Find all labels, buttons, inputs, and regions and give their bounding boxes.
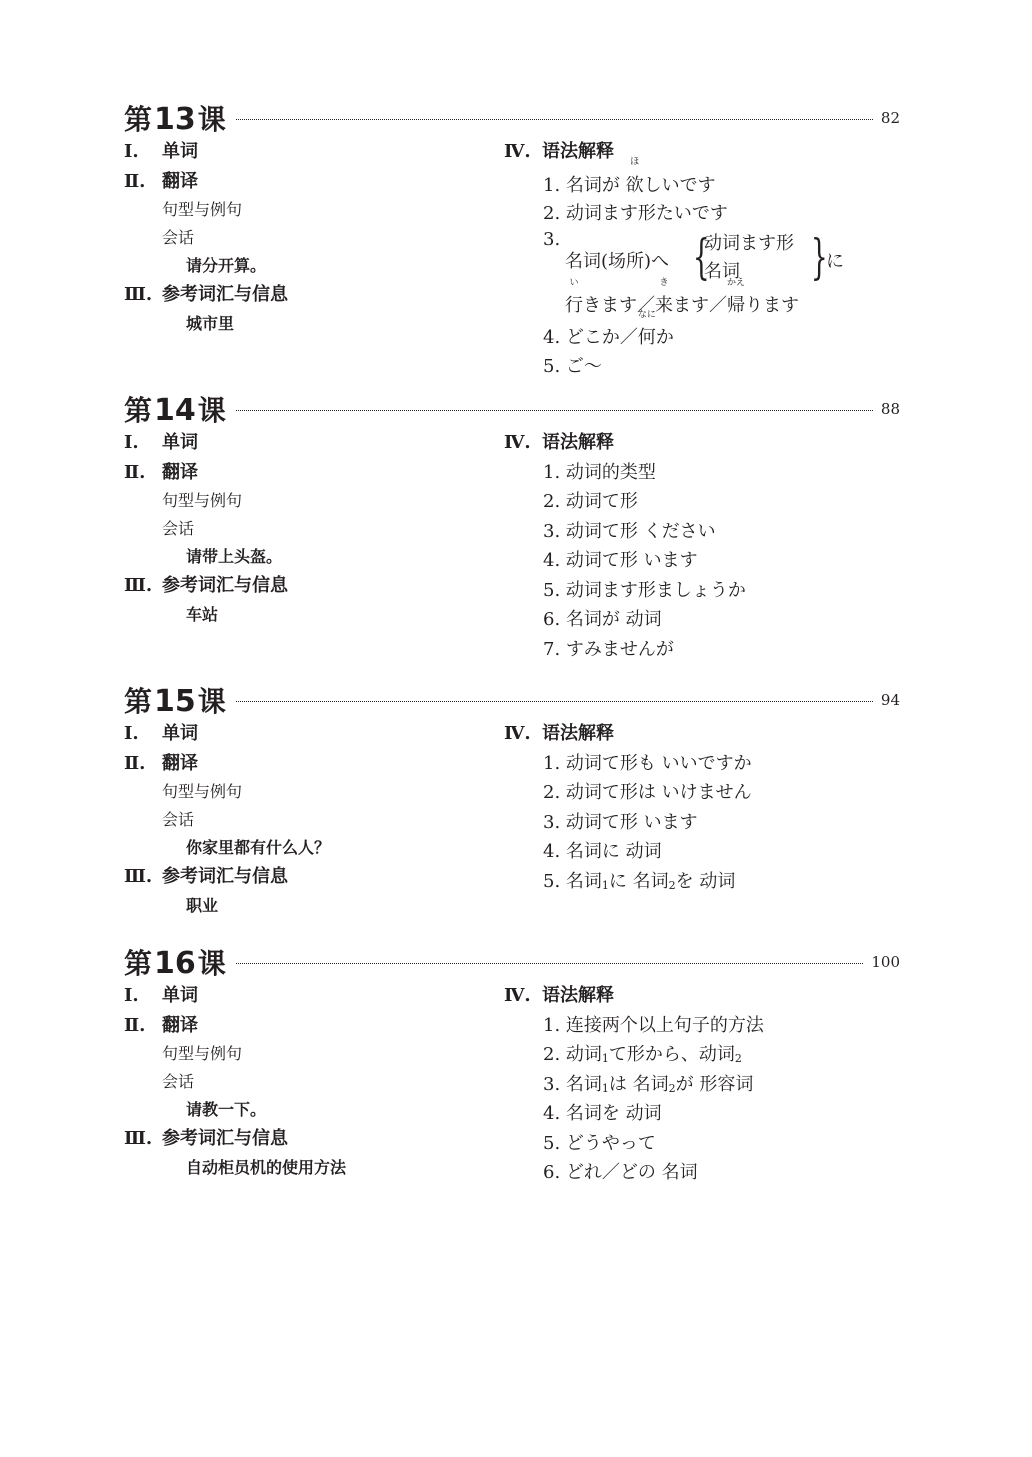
subsection-sentence-patterns[interactable]: 句型与例句 (124, 1040, 504, 1068)
grammar-item[interactable]: 1. 动词て形も いいですか (504, 749, 900, 779)
dotted-leader (236, 963, 864, 964)
section-translation[interactable]: Ⅱ.翻译 (124, 167, 504, 197)
section-grammar[interactable]: Ⅳ.语法解释 (504, 137, 900, 167)
conversation-title[interactable]: 你家里都有什么人？ (124, 834, 504, 862)
right-column: Ⅳ.语法解释 1. 动词て形も いいですか 2. 动词て形は いけません 3. … (504, 719, 900, 920)
section-grammar[interactable]: Ⅳ.语法解释 (504, 428, 900, 458)
lesson-title: 第16课 (124, 947, 226, 981)
dotted-leader (236, 701, 873, 702)
section-vocabulary[interactable]: Ⅰ.单词 (124, 981, 504, 1011)
lesson-14: 第14课 88 Ⅰ.单词 Ⅱ.翻译 句型与例句 会话 请带上头盔。 Ⅲ.参考词汇… (124, 388, 900, 664)
grammar-item[interactable]: 5. ご～ (504, 352, 900, 382)
section-translation[interactable]: Ⅱ.翻译 (124, 1011, 504, 1041)
page-number: 82 (881, 108, 900, 128)
lesson-heading[interactable]: 第14课 88 (124, 388, 900, 428)
left-column: Ⅰ.单词 Ⅱ.翻译 句型与例句 会话 请带上头盔。 Ⅲ.参考词汇与信息 车站 (124, 428, 504, 664)
grammar-item[interactable]: 7. すみませんが (504, 635, 900, 665)
lesson-title: 第15课 (124, 685, 226, 719)
section-translation[interactable]: Ⅱ.翻译 (124, 458, 504, 488)
page-number: 88 (881, 399, 900, 419)
subsection-conversation[interactable]: 会话 (124, 515, 504, 543)
lesson-heading[interactable]: 第15课 94 (124, 679, 900, 719)
lesson-15: 第15课 94 Ⅰ.单词 Ⅱ.翻译 句型与例句 会话 你家里都有什么人？ Ⅲ.参… (124, 679, 900, 920)
page-number: 100 (871, 952, 900, 972)
lesson-title: 第14课 (124, 394, 226, 428)
right-column: Ⅳ.语法解释 1. 连接两个以上句子的方法 2. 动词1て形から、动词2 3. … (504, 981, 900, 1188)
grammar-item[interactable]: 2. 动词て形 (504, 487, 900, 517)
section-reference[interactable]: Ⅲ.参考词汇与信息 (124, 571, 504, 601)
section-vocabulary[interactable]: Ⅰ.单词 (124, 137, 504, 167)
grammar-item[interactable]: 2. 动词て形は いけません (504, 778, 900, 808)
dotted-leader (236, 410, 873, 411)
subsection-conversation[interactable]: 会话 (124, 806, 504, 834)
section-translation[interactable]: Ⅱ.翻译 (124, 749, 504, 779)
lesson-16: 第16课 100 Ⅰ.单词 Ⅱ.翻译 句型与例句 会话 请教一下。 Ⅲ.参考词汇… (124, 941, 900, 1188)
grammar-item[interactable]: 4. 名词に 动词 (504, 837, 900, 867)
reference-topic[interactable]: 城市里 (124, 310, 504, 338)
grammar-item[interactable]: 1. 名词が ほ欲しいです (504, 167, 900, 199)
conversation-title[interactable]: 请教一下。 (124, 1096, 504, 1124)
dotted-leader (236, 119, 873, 120)
grammar-item[interactable]: 5. どうやって (504, 1129, 900, 1159)
page-number: 94 (881, 690, 900, 710)
right-column: Ⅳ.语法解释 1. 名词が ほ欲しいです 2. 动词ます形たいです 3. 名词(… (504, 137, 900, 382)
section-grammar[interactable]: Ⅳ.语法解释 (504, 981, 900, 1011)
grammar-item[interactable]: 3. 动词て形 います (504, 808, 900, 838)
grammar-item[interactable]: 4. どこか／なに何か (504, 320, 900, 352)
reference-topic[interactable]: 车站 (124, 601, 504, 629)
lesson-heading[interactable]: 第13课 82 (124, 97, 900, 137)
grammar-item[interactable]: 3. 动词て形 ください (504, 517, 900, 547)
grammar-item-continuation[interactable]: い行きます／き来ます／かえ帰ります (504, 288, 900, 320)
lesson-heading[interactable]: 第16课 100 (124, 941, 900, 981)
grammar-item[interactable]: 4. 动词て形 います (504, 546, 900, 576)
section-reference[interactable]: Ⅲ.参考词汇与信息 (124, 1124, 504, 1154)
grammar-item[interactable]: 5. 动词ます形ましょうか (504, 576, 900, 606)
right-column: Ⅳ.语法解释 1. 动词的类型 2. 动词て形 3. 动词て形 ください 4. … (504, 428, 900, 664)
section-vocabulary[interactable]: Ⅰ.单词 (124, 428, 504, 458)
reference-topic[interactable]: 自动柜员机的使用方法 (124, 1154, 504, 1182)
grammar-item[interactable]: 6. 名词が 动词 (504, 605, 900, 635)
subsection-sentence-patterns[interactable]: 句型与例句 (124, 487, 504, 515)
section-grammar[interactable]: Ⅳ.语法解释 (504, 719, 900, 749)
subsection-sentence-patterns[interactable]: 句型与例句 (124, 196, 504, 224)
grammar-item[interactable]: 4. 名词を 动词 (504, 1099, 900, 1129)
subsection-conversation[interactable]: 会话 (124, 1068, 504, 1096)
grammar-item-bracket[interactable]: 3. 名词(场所)へ { 动词ます形 名词 } に (504, 228, 900, 288)
left-column: Ⅰ.单词 Ⅱ.翻译 句型与例句 会话 请教一下。 Ⅲ.参考词汇与信息 自动柜员机… (124, 981, 504, 1188)
section-reference[interactable]: Ⅲ.参考词汇与信息 (124, 280, 504, 310)
grammar-item[interactable]: 6. どれ／どの 名词 (504, 1158, 900, 1188)
lesson-13: 第13课 82 Ⅰ.单词 Ⅱ.翻译 句型与例句 会话 请分开算。 Ⅲ.参考词汇与… (124, 97, 900, 382)
grammar-item[interactable]: 1. 动词的类型 (504, 458, 900, 488)
lesson-title: 第13课 (124, 103, 226, 137)
conversation-title[interactable]: 请分开算。 (124, 252, 504, 280)
section-reference[interactable]: Ⅲ.参考词汇与信息 (124, 862, 504, 892)
grammar-item[interactable]: 1. 连接两个以上句子的方法 (504, 1011, 900, 1041)
grammar-item[interactable]: 2. 动词1て形から、动词2 (504, 1040, 900, 1070)
conversation-title[interactable]: 请带上头盔。 (124, 543, 504, 571)
left-column: Ⅰ.单词 Ⅱ.翻译 句型与例句 会话 你家里都有什么人？ Ⅲ.参考词汇与信息 职… (124, 719, 504, 920)
grammar-item[interactable]: 3. 名词1は 名词2が 形容词 (504, 1070, 900, 1100)
reference-topic[interactable]: 职业 (124, 892, 504, 920)
section-vocabulary[interactable]: Ⅰ.单词 (124, 719, 504, 749)
left-column: Ⅰ.单词 Ⅱ.翻译 句型与例句 会话 请分开算。 Ⅲ.参考词汇与信息 城市里 (124, 137, 504, 382)
subsection-sentence-patterns[interactable]: 句型与例句 (124, 778, 504, 806)
subsection-conversation[interactable]: 会话 (124, 224, 504, 252)
grammar-item[interactable]: 2. 动词ます形たいです (504, 199, 900, 229)
grammar-item[interactable]: 5. 名词1に 名词2を 动词 (504, 867, 900, 897)
